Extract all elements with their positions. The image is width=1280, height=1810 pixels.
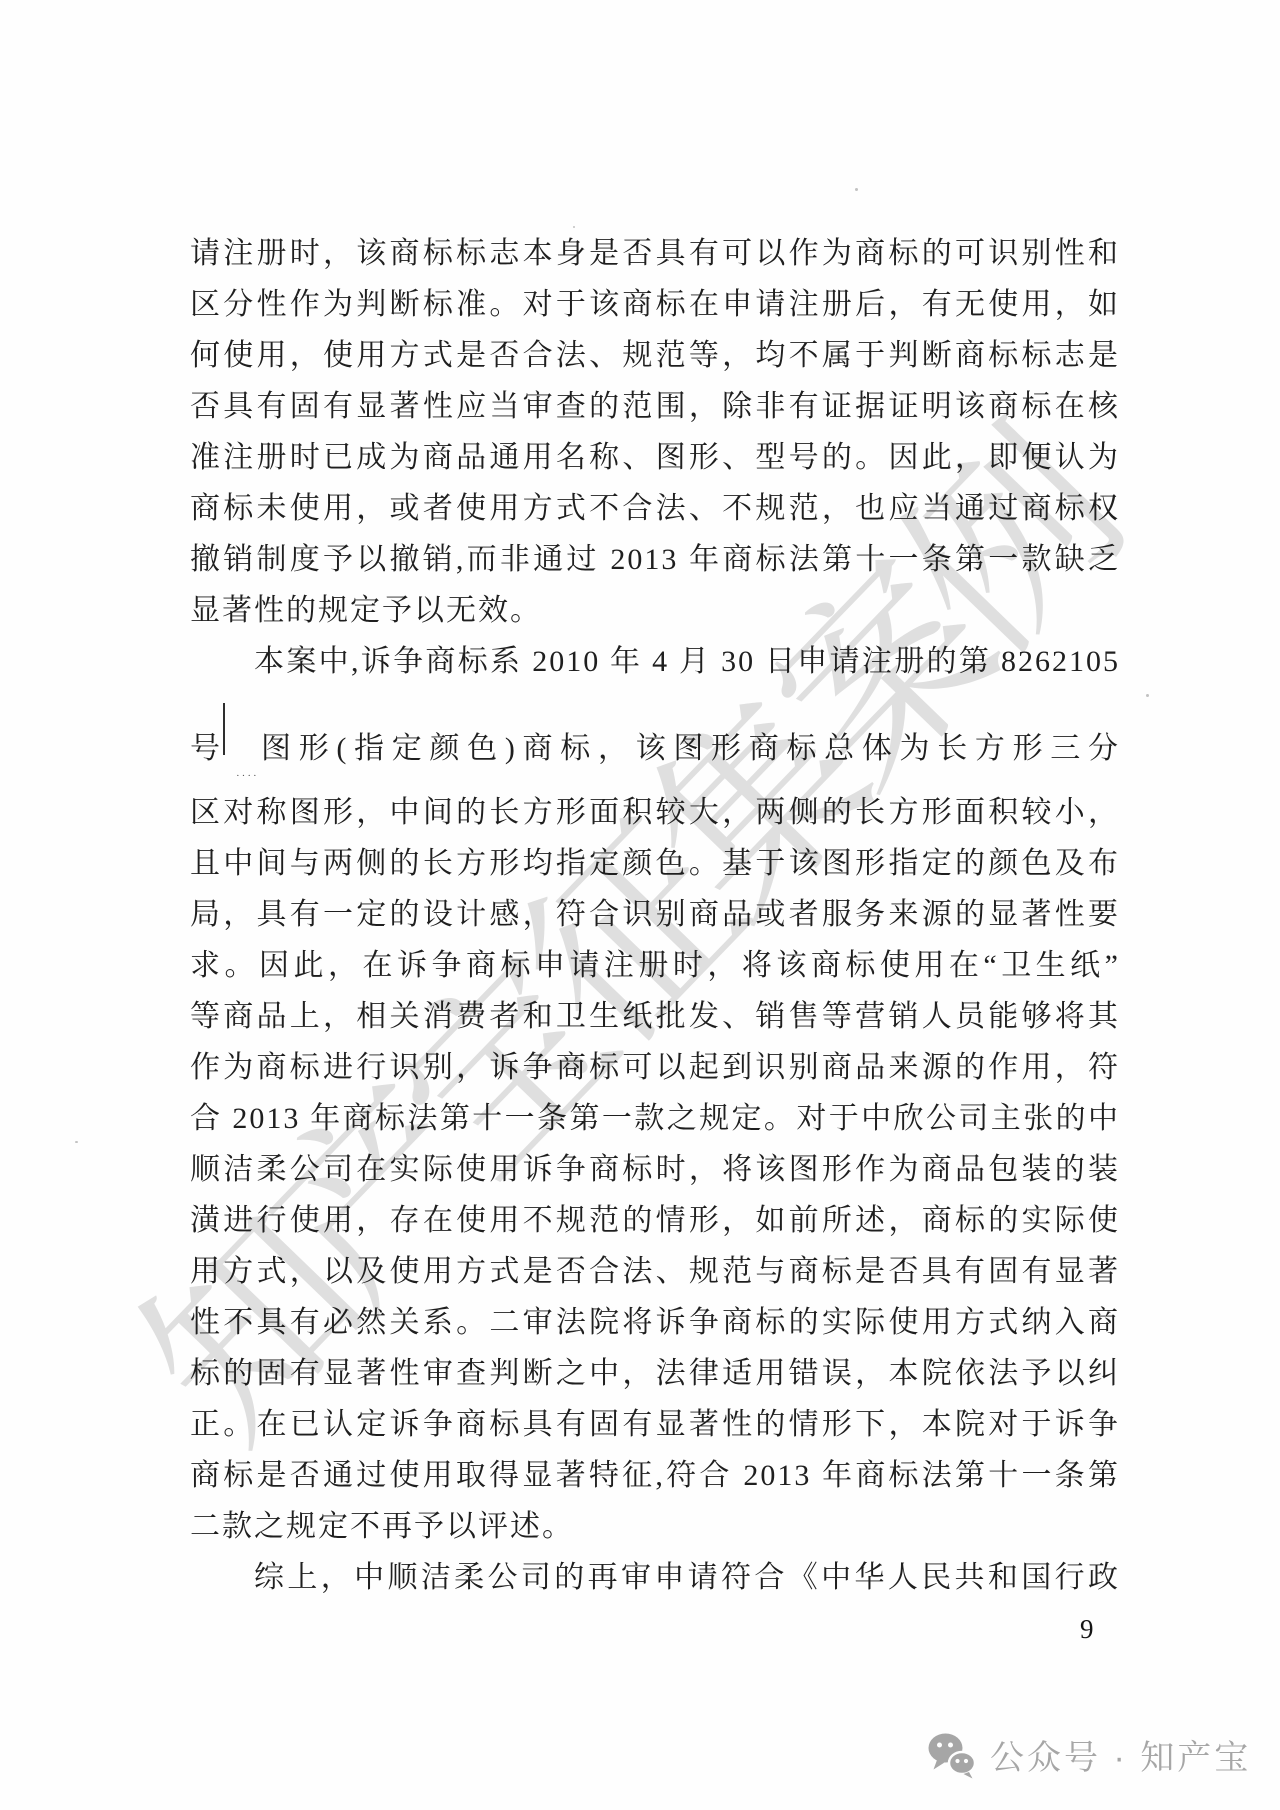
text-line: 顺洁柔公司在实际使用诉争商标时，将该图形作为商品包装的装 [190, 1144, 1120, 1195]
text-line: 号····图形(指定颜色)商标，该图形商标总体为长方形三分 [190, 723, 1120, 774]
text-line: 性不具有必然关系。二审法院将诉争商标的实际使用方式纳入商 [190, 1297, 1120, 1348]
text-line: 准注册时已成为商品通用名称、图形、型号的。因此，即便认为 [190, 432, 1120, 483]
text-line: 用方式，以及使用方式是否合法、规范与商标是否具有固有显著 [190, 1246, 1120, 1297]
text-line: 求。因此，在诉争商标申请注册时，将该商标使用在“卫生纸” [190, 940, 1120, 991]
judgment-body-text: 请注册时，该商标标志本身是否具有可以作为商标的可识别性和区分性作为判断标准。对于… [190, 228, 1120, 1603]
scan-noise-speck [573, 226, 575, 228]
text-line: 等商品上，相关消费者和卫生纸批发、销售等营销人员能够将其 [190, 991, 1120, 1042]
text-line: 正。在已认定诉争商标具有固有显著性的情形下，本院对于诉争 [190, 1399, 1120, 1450]
scan-dots: ···· [236, 751, 259, 802]
page-number: 9 [1080, 1612, 1094, 1646]
text-line: 局，具有一定的设计感，符合识别商品或者服务来源的显著性要 [190, 889, 1120, 940]
scanned-court-document-page: 知产宝征集案例 请注册时，该商标标志本身是否具有可以作为商标的可识别性和区分性作… [0, 0, 1280, 1810]
text-line: 合 2013 年商标法第十一条第一款之规定。对于中欣公司主张的中 [190, 1093, 1120, 1144]
wechat-icon [926, 1731, 978, 1779]
text-line: 作为商标进行识别，诉争商标可以起到识别商品来源的作用，符 [190, 1042, 1120, 1093]
text-line: 潢进行使用，存在使用不规范的情形，如前所述，商标的实际使 [190, 1195, 1120, 1246]
text-line: 标的固有显著性审查判断之中，法律适用错误，本院依法予以纠 [190, 1348, 1120, 1399]
text-line: 二款之规定不再予以评述。 [190, 1501, 1120, 1552]
registration-number-suffix: 号 [190, 723, 222, 774]
text-line: 显著性的规定予以无效。 [190, 585, 1120, 636]
scan-noise-speck [75, 1141, 78, 1143]
text-line: 请注册时，该商标标志本身是否具有可以作为商标的可识别性和 [190, 228, 1120, 279]
text-line-continuation: 图形(指定颜色)商标，该图形商标总体为长方形三分 [261, 723, 1120, 774]
text-line: 且中间与两侧的长方形均指定颜色。基于该图形指定的颜色及布 [190, 838, 1120, 889]
text-line: 何使用，使用方式是否合法、规范等，均不属于判断商标标志是 [190, 330, 1120, 381]
text-line: 综上，中顺洁柔公司的再审申请符合《中华人民共和国行政 [190, 1552, 1120, 1603]
text-line: 商标是否通过使用取得显著特征,符合 2013 年商标法第十一条第 [190, 1450, 1120, 1501]
text-line: 本案中,诉争商标系 2010 年 4 月 30 日申请注册的第 8262105 [190, 636, 1120, 687]
scan-noise-speck [1146, 694, 1149, 697]
footer-label: 公众号 · 知产宝 [990, 1730, 1251, 1779]
blank-trademark-image-mark [223, 703, 225, 755]
text-line: 否具有固有显著性应当审查的范围，除非有证据证明该商标在核 [190, 381, 1120, 432]
scan-noise-speck [855, 188, 858, 191]
text-line: 区对称图形，中间的长方形面积较大，两侧的长方形面积较小， [190, 787, 1120, 838]
text-line: 撤销制度予以撤销,而非通过 2013 年商标法第十一条第一款缺乏 [190, 534, 1120, 585]
wechat-account-credit: 公众号 · 知产宝 [926, 1730, 1251, 1779]
text-line: 区分性作为判断标准。对于该商标在申请注册后，有无使用，如 [190, 279, 1120, 330]
text-line: 商标未使用，或者使用方式不合法、不规范，也应当通过商标权 [190, 483, 1120, 534]
